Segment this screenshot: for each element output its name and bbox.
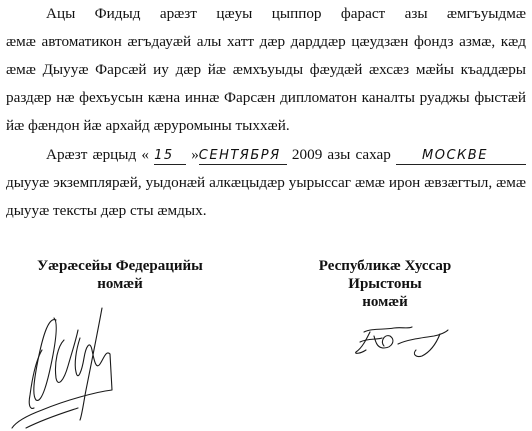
- handwritten-day: 15: [154, 148, 186, 165]
- paragraph-line: йæ фæндон йæ архайд æруромыны тыххæй.: [6, 112, 526, 140]
- signatory-name: Республикæ Хуссар Ирыстоны: [285, 257, 485, 293]
- signatory-russian-federation: Уæрæсейы Федерацийы номæй: [30, 257, 210, 293]
- paragraph-line: æмæ автоматикон æгъдауæй алы хатт дæр да…: [6, 28, 526, 56]
- quote-close: »: [191, 146, 199, 163]
- handwritten-city: МОСКВЕ: [396, 148, 526, 165]
- paragraph-term-of-agreement: Ацы Фидыд арæзт цæуы цыппор фараст азы æ…: [6, 0, 526, 140]
- paragraph-line: Ацы Фидыд арæзт цæуы цыппор фараст азы æ…: [6, 0, 526, 28]
- handwritten-month: СЕНТЯБРЯ: [199, 148, 287, 165]
- year-text: 2009 азы сахар: [292, 146, 391, 163]
- signatory-name: Уæрæсейы Федерацийы: [30, 257, 210, 275]
- paragraph-line: дыууæ экземплярæй, уыдонæй алкæцыдæр уыр…: [6, 169, 526, 197]
- signing-date-place-line: Арæзт æрцыд « 15 »СЕНТЯБРЯ 2009 азы саха…: [6, 141, 526, 169]
- paragraph-line: раздæр нæ фехъусын кæна иннæ Фарсæн дипл…: [6, 84, 526, 112]
- handwritten-signature-right: [350, 318, 450, 363]
- signatory-on-behalf: номæй: [285, 293, 485, 311]
- paragraph-signing-details: Арæзт æрцыд « 15 »СЕНТЯБРЯ 2009 азы саха…: [6, 141, 526, 225]
- paragraph-line: дыууæ тексты дæр сты æмдых.: [6, 197, 526, 225]
- signing-prefix: Арæзт æрцыд «: [46, 146, 149, 163]
- handwritten-signature-left: [6, 300, 116, 430]
- signatory-south-ossetia: Республикæ Хуссар Ирыстоны номæй: [285, 257, 485, 311]
- paragraph-line: æмæ Дыууæ Фарсæй иу дæр йæ æмхъуыды фæуд…: [6, 56, 526, 84]
- signatory-on-behalf: номæй: [30, 275, 210, 293]
